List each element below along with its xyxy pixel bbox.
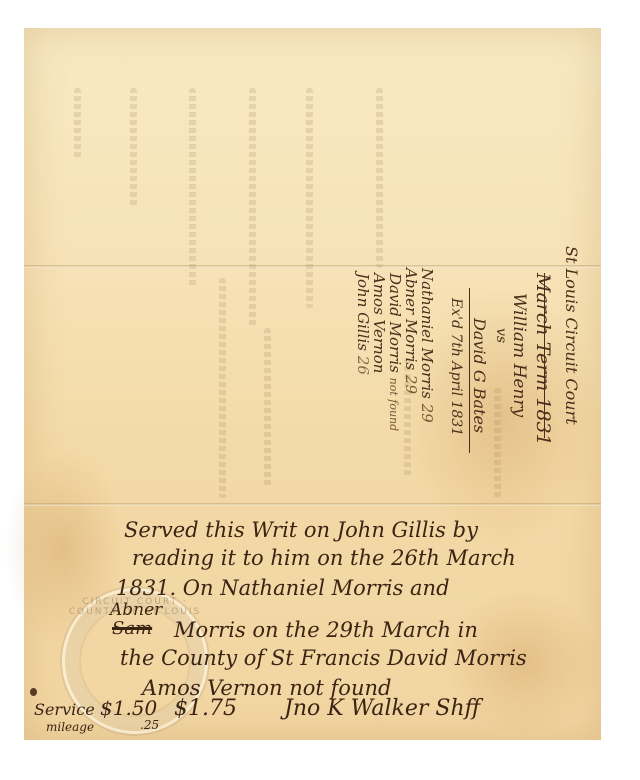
docket-name-1: Nathaniel Morris 29 [418,268,436,423]
docket-name-3: David Morris not found [386,273,404,431]
fee-label-mileage: mileage [46,720,94,734]
printed-bleedthrough [74,88,81,158]
fee-label-service: Service [34,700,95,719]
docket-term: March Term 1831 [532,273,554,446]
docket-rule [544,273,545,438]
docket-court: St Louis Circuit Court [562,246,581,425]
docket-name-4: Amos Vernon [370,273,388,373]
sheriff-signature: Jno K Walker Shff [284,696,480,721]
return-struck-word: Sam [112,618,152,639]
return-line-2: reading it to him on the 26th March [132,546,516,570]
fold-line [24,503,601,506]
fee-total: $1.75 [174,696,237,721]
fee-amount-service: $1.50 [100,696,157,720]
printed-bleedthrough [189,88,196,288]
return-line-6: the County of St Francis David Morris [120,646,527,670]
docket-versus: vs [493,328,509,343]
printed-bleedthrough [219,278,226,498]
printed-bleedthrough [306,88,313,308]
printed-bleedthrough [264,328,271,488]
return-line-4-insert: Abner [110,600,162,620]
printed-bleedthrough [130,88,137,208]
printed-bleedthrough [249,88,256,328]
docket-plaintiff: William Henry [509,293,529,417]
docket-rule [469,288,470,453]
printed-bleedthrough [494,388,501,498]
fee-amount-mileage: .25 [140,718,159,732]
return-line-3: 1831. On Nathaniel Morris and [116,576,450,600]
docket-name-2: Abner Morris 29 [402,268,420,394]
return-line-1: Served this Writ on John Gillis by [124,518,478,542]
docket-name-5: John Gillis 26 [354,273,372,375]
document-sheet: St Louis Circuit Court March Term 1831 W… [24,28,601,740]
printed-bleedthrough [376,88,383,268]
return-line-5: Morris on the 29th March in [174,618,478,642]
docket-defendant: David G Bates [470,318,489,433]
docket-issued: Ex'd 7th April 1831 [448,298,464,436]
ink-blot [30,688,37,696]
